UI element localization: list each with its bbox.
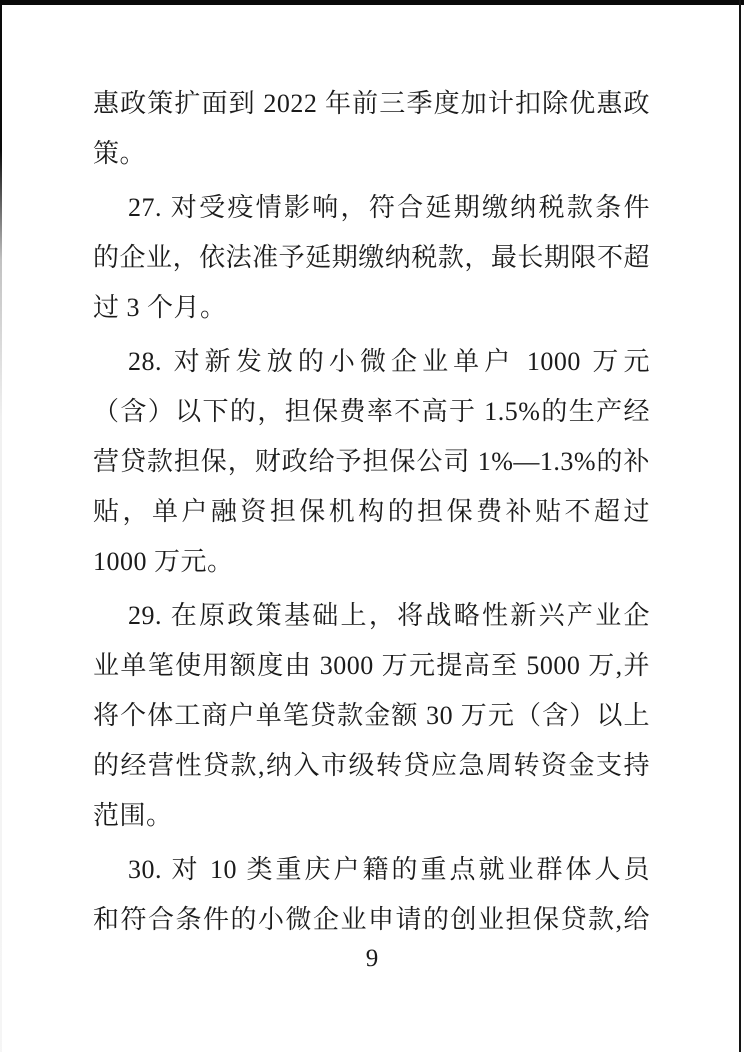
document-body: 惠政策扩面到 2022 年前三季度加计扣除优惠政 策。 27. 对受疫情影响，符… xyxy=(93,79,650,949)
text-line: 29. 在原政策基础上，将战略性新兴产业企 xyxy=(93,591,650,641)
paragraph-continuation: 惠政策扩面到 2022 年前三季度加计扣除优惠政 策。 xyxy=(93,79,650,179)
text-line: 策。 xyxy=(93,129,650,179)
text-line: （含）以下的，担保费率不高于 1.5%的生产经 xyxy=(93,387,650,437)
document-page: 惠政策扩面到 2022 年前三季度加计扣除优惠政 策。 27. 对受疫情影响，符… xyxy=(0,0,744,1052)
text-line: 和符合条件的小微企业申请的创业担保贷款,给 xyxy=(93,895,650,945)
scan-border-top xyxy=(0,0,744,5)
scan-border-left xyxy=(0,0,2,1052)
paragraph-27: 27. 对受疫情影响，符合延期缴纳税款条件 的企业，依法准予延期缴纳税款，最长期… xyxy=(93,183,650,333)
paragraph-28: 28. 对新发放的小微企业单户 1000 万元 （含）以下的，担保费率不高于 1… xyxy=(93,337,650,587)
text-line: 范围。 xyxy=(93,791,650,841)
scan-border-right xyxy=(739,0,741,1052)
text-line: 27. 对受疫情影响，符合延期缴纳税款条件 xyxy=(93,183,650,233)
text-line: 的企业，依法准予延期缴纳税款，最长期限不超 xyxy=(93,233,650,283)
paragraph-30: 30. 对 10 类重庆户籍的重点就业群体人员 和符合条件的小微企业申请的创业担… xyxy=(93,845,650,945)
text-line: 的经营性贷款,纳入市级转贷应急周转资金支持 xyxy=(93,741,650,791)
text-line: 将个体工商户单笔贷款金额 30 万元（含）以上 xyxy=(93,691,650,741)
page-number: 9 xyxy=(0,942,744,976)
text-line: 28. 对新发放的小微企业单户 1000 万元 xyxy=(93,337,650,387)
text-line: 过 3 个月。 xyxy=(93,283,650,333)
text-line: 业单笔使用额度由 3000 万元提高至 5000 万,并 xyxy=(93,641,650,691)
text-line: 1000 万元。 xyxy=(93,537,650,587)
text-line: 30. 对 10 类重庆户籍的重点就业群体人员 xyxy=(93,845,650,895)
text-line: 惠政策扩面到 2022 年前三季度加计扣除优惠政 xyxy=(93,79,650,129)
text-line: 营贷款担保，财政给予担保公司 1%—1.3%的补 xyxy=(93,437,650,487)
paragraph-29: 29. 在原政策基础上，将战略性新兴产业企 业单笔使用额度由 3000 万元提高… xyxy=(93,591,650,841)
text-line: 贴，单户融资担保机构的担保费补贴不超过 xyxy=(93,487,650,537)
